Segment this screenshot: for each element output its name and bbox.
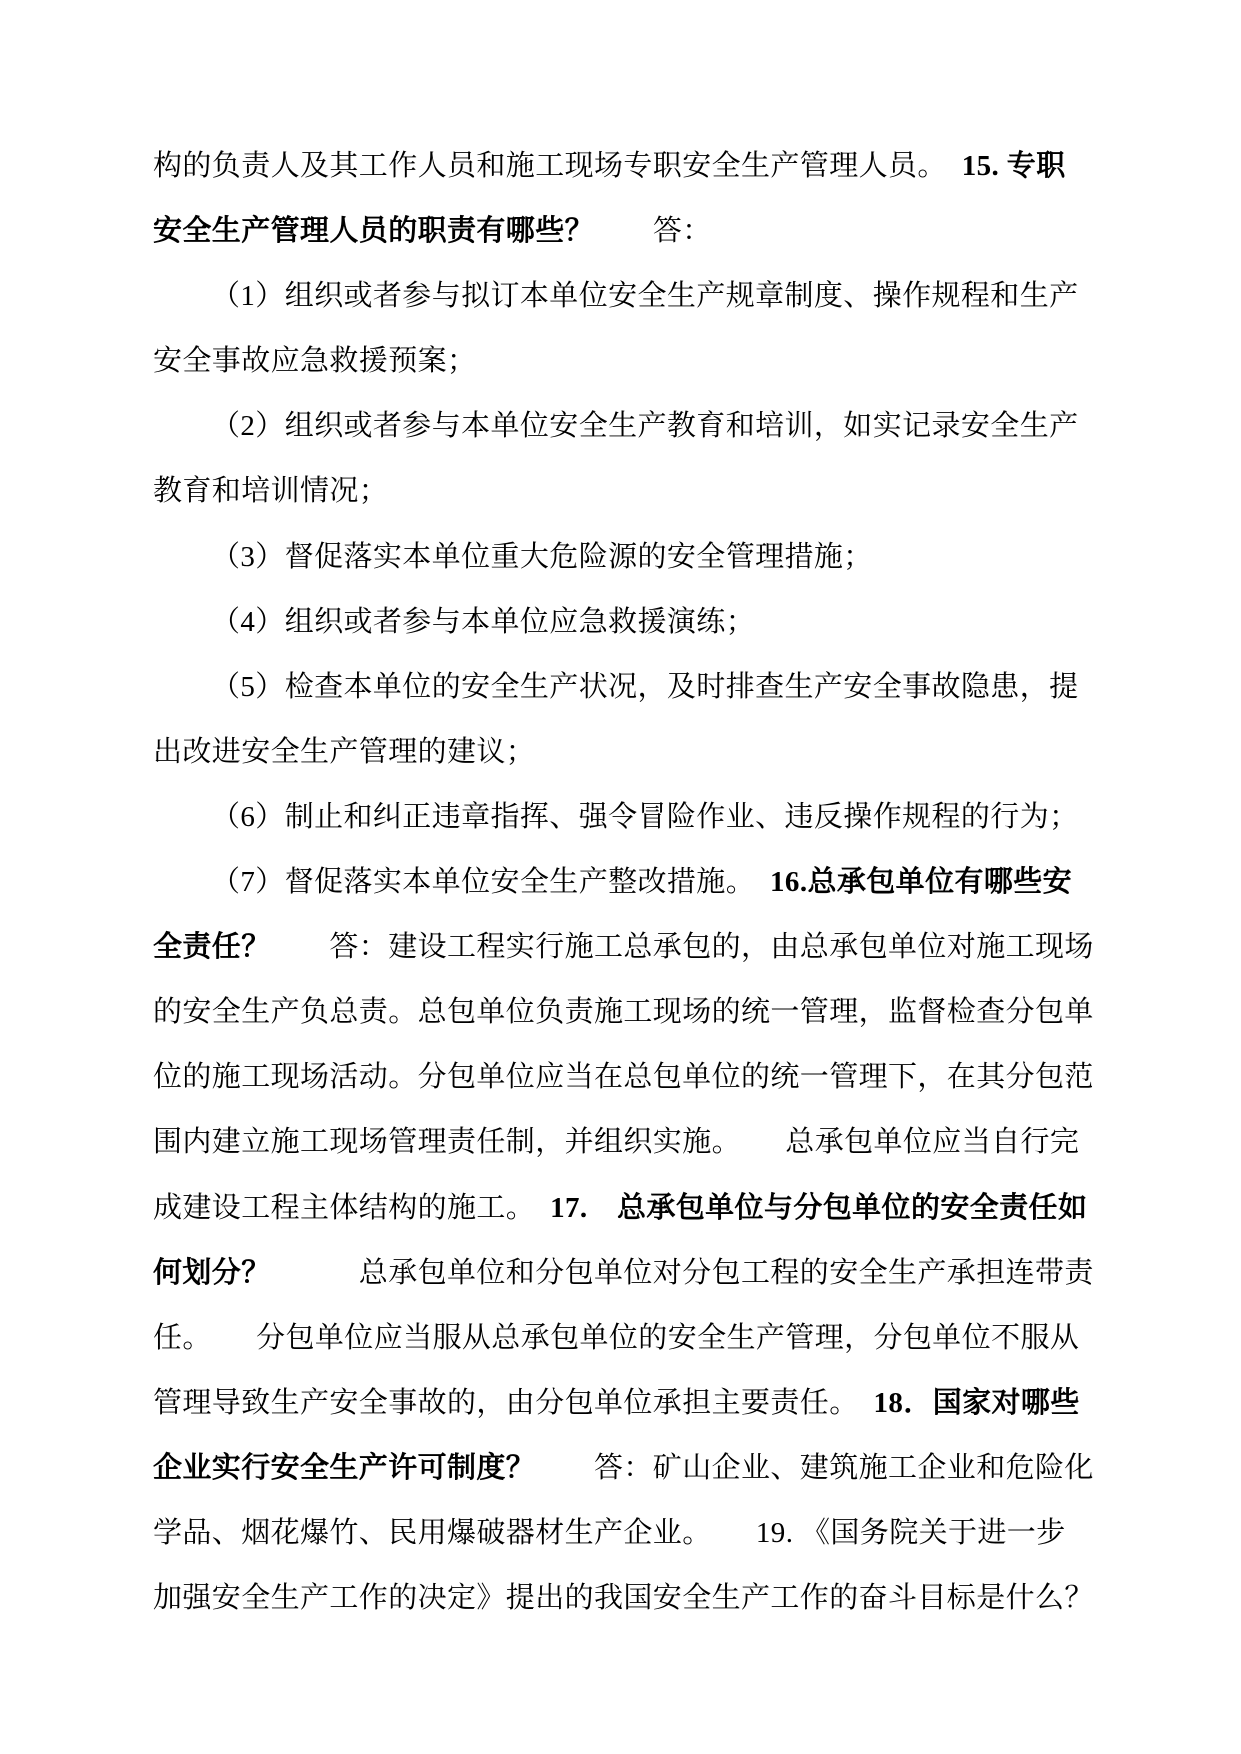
text-line: 围内建立施工现场管理责任制，并组织实施。 总承包单位应当自行完 [153,1110,1103,1175]
question-heading-segment: 全责任？ [153,931,271,963]
text-segment: 学品、烟花爆竹、民用爆破器材生产企业。 19. 《国务院关于进一步 [153,1517,1066,1549]
text-line: 教育和培训情况； [153,459,1103,524]
text-line: 企业实行安全生产许可制度？ 答：矿山企业、建筑施工企业和危险化 [153,1436,1103,1501]
text-segment: 出改进安全生产管理的建议； [153,736,535,768]
text-segment: 答：建设工程实行施工总承包的，由总承包单位对施工现场 [271,931,1094,963]
text-segment: 答： [594,215,712,247]
text-segment: （6）制止和纠正违章指挥、强令冒险作业、违反操作规程的行为； [211,801,1079,833]
text-segment: 构的负责人及其工作人员和施工现场专职安全生产管理人员。 [153,150,962,182]
text-line: 加强安全生产工作的决定》提出的我国安全生产工作的奋斗目标是什么？ [153,1566,1103,1631]
text-line: （5）检查本单位的安全生产状况，及时排查生产安全事故隐患，提 [153,655,1103,720]
text-segment: 任。 分包单位应当服从总承包单位的安全生产管理，分包单位不服从 [153,1322,1079,1354]
text-line: 何划分？ 总承包单位和分包单位对分包工程的安全生产承担连带责 [153,1241,1103,1306]
text-segment: 位的施工现场活动。分包单位应当在总包单位的统一管理下，在其分包范 [153,1061,1094,1093]
text-line: 的安全生产负总责。总包单位负责施工现场的统一管理，监督检查分包单 [153,980,1103,1045]
question-heading-segment: 16.总承包单位有哪些安 [770,866,1072,898]
text-line: （4）组织或者参与本单位应急救援演练； [153,590,1103,655]
text-segment: 管理导致生产安全事故的，由分包单位承担主要责任。 [153,1387,874,1419]
text-line: 位的施工现场活动。分包单位应当在总包单位的统一管理下，在其分包范 [153,1045,1103,1110]
question-heading-segment: 18．国家对哪些 [874,1387,1080,1419]
text-line: （1）组织或者参与拟订本单位安全生产规章制度、操作规程和生产 [153,264,1103,329]
text-line: 安全生产管理人员的职责有哪些？ 答： [153,199,1103,264]
text-segment: （2）组织或者参与本单位安全生产教育和培训，如实记录安全生产 [211,410,1079,442]
question-heading-segment: 何划分？ [153,1257,271,1289]
text-segment: 教育和培训情况； [153,475,388,507]
text-segment: 答：矿山企业、建筑施工企业和危险化 [535,1452,1094,1484]
text-line: 构的负责人及其工作人员和施工现场专职安全生产管理人员。 15. 专职 [153,134,1103,199]
text-segment: 成建设工程主体结构的施工。 [153,1192,550,1224]
text-line: 全责任？ 答：建设工程实行施工总承包的，由总承包单位对施工现场 [153,915,1103,980]
text-line: （6）制止和纠正违章指挥、强令冒险作业、违反操作规程的行为； [153,785,1103,850]
text-line: 安全事故应急救援预案； [153,329,1103,394]
text-segment: （4）组织或者参与本单位应急救援演练； [211,606,755,638]
text-segment: （5）检查本单位的安全生产状况，及时排查生产安全事故隐患，提 [211,671,1079,703]
text-segment: （1）组织或者参与拟订本单位安全生产规章制度、操作规程和生产 [211,280,1079,312]
text-segment: 安全事故应急救援预案； [153,345,476,377]
text-line: 学品、烟花爆竹、民用爆破器材生产企业。 19. 《国务院关于进一步 [153,1501,1103,1566]
text-segment: 总承包单位和分包单位对分包工程的安全生产承担连带责 [271,1257,1094,1289]
text-block: 构的负责人及其工作人员和施工现场专职安全生产管理人员。 15. 专职安全生产管理… [153,134,1103,1631]
text-line: （2）组织或者参与本单位安全生产教育和培训，如实记录安全生产 [153,394,1103,459]
text-line: 管理导致生产安全事故的，由分包单位承担主要责任。 18．国家对哪些 [153,1371,1103,1436]
text-segment: 围内建立施工现场管理责任制，并组织实施。 总承包单位应当自行完 [153,1126,1079,1158]
question-heading-segment: 企业实行安全生产许可制度？ [153,1452,535,1484]
question-heading-segment: 17. 总承包单位与分包单位的安全责任如 [550,1192,1087,1224]
text-line: 成建设工程主体结构的施工。 17. 总承包单位与分包单位的安全责任如 [153,1176,1103,1241]
text-segment: （7）督促落实本单位安全生产整改措施。 [211,866,770,898]
question-heading-segment: 15. 专职 [962,150,1066,182]
text-line: 任。 分包单位应当服从总承包单位的安全生产管理，分包单位不服从 [153,1306,1103,1371]
text-line: （7）督促落实本单位安全生产整改措施。 16.总承包单位有哪些安 [153,850,1103,915]
question-heading-segment: 安全生产管理人员的职责有哪些？ [153,215,594,247]
text-line: （3）督促落实本单位重大危险源的安全管理措施； [153,525,1103,590]
document-page: 构的负责人及其工作人员和施工现场专职安全生产管理人员。 15. 专职安全生产管理… [0,0,1241,1754]
text-segment: 加强安全生产工作的决定》提出的我国安全生产工作的奋斗目标是什么？ [153,1582,1094,1614]
text-segment: 的安全生产负总责。总包单位负责施工现场的统一管理，监督检查分包单 [153,996,1094,1028]
text-line: 出改进安全生产管理的建议； [153,720,1103,785]
text-segment: （3）督促落实本单位重大危险源的安全管理措施； [211,541,873,573]
